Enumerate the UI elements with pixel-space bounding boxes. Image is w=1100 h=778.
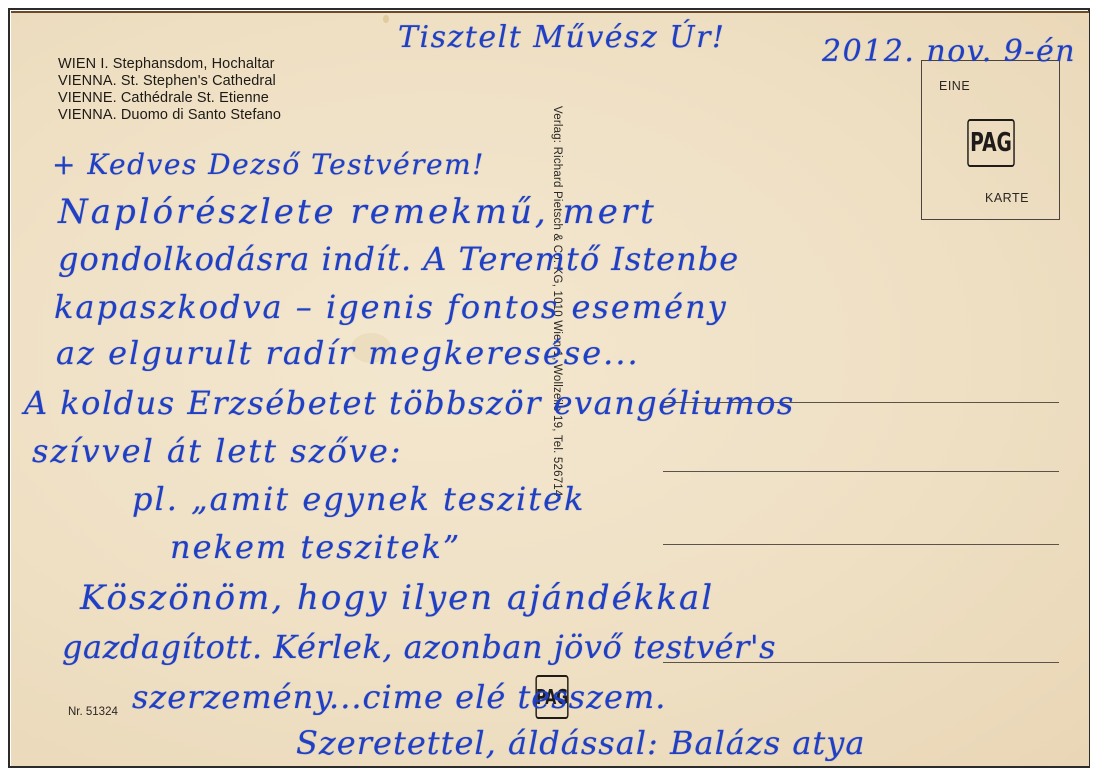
stamp-label-eine: EINE bbox=[939, 79, 970, 93]
handwritten-line: A koldus Erzsébetet többször evangéliumo… bbox=[24, 384, 795, 422]
address-line-2 bbox=[663, 471, 1059, 472]
handwritten-salutation: Tisztelt Művész Úr! bbox=[398, 20, 725, 55]
caption-line-german: WIEN I. Stephansdom, Hochaltar bbox=[58, 56, 281, 73]
handwritten-line: az elgurult radír megkeresése... bbox=[56, 334, 640, 372]
stain bbox=[383, 15, 389, 23]
caption-line-italian: VIENNA. Duomo di Santo Stefano bbox=[58, 107, 281, 124]
handwritten-line: szívvel át lett szőve: bbox=[32, 432, 403, 470]
handwritten-line: kapaszkodva – igenis fontos esemény bbox=[54, 288, 728, 326]
handwritten-signature: Szeretettel, áldással: Balázs atya bbox=[296, 724, 865, 762]
address-line-3 bbox=[663, 544, 1059, 545]
handwritten-line: pl. „amit egynek teszitek bbox=[132, 480, 585, 518]
printed-caption: WIEN I. Stephansdom, Hochaltar VIENNA. S… bbox=[58, 56, 281, 124]
caption-line-french: VIENNE. Cathédrale St. Etienne bbox=[58, 90, 281, 107]
handwritten-line: Köszönöm, hogy ilyen ajándékkal bbox=[80, 578, 714, 618]
caption-line-english: VIENNA. St. Stephen's Cathedral bbox=[58, 73, 281, 90]
stamp-label-karte: KARTE bbox=[985, 191, 1029, 205]
handwritten-line: szerzemény...cime elé tesszem. bbox=[132, 678, 666, 716]
stamp-box: EINE PAG KARTE bbox=[921, 60, 1060, 220]
handwritten-line: nekem teszitek” bbox=[170, 528, 461, 566]
handwritten-line: Naplórészlete remekmű, mert bbox=[58, 192, 657, 232]
handwritten-date: 2012. nov. 9-én bbox=[822, 34, 1076, 69]
handwritten-line: + Kedves Dezső Testvérem! bbox=[52, 148, 485, 181]
handwritten-line: gazdagított. Kérlek, azonban jövő testvé… bbox=[62, 628, 776, 666]
pag-logo-icon: PAG bbox=[967, 119, 1015, 167]
card-number: Nr. 51324 bbox=[68, 706, 118, 718]
handwritten-line: gondolkodásra indít. A Teremtő Istenbe bbox=[58, 240, 739, 278]
